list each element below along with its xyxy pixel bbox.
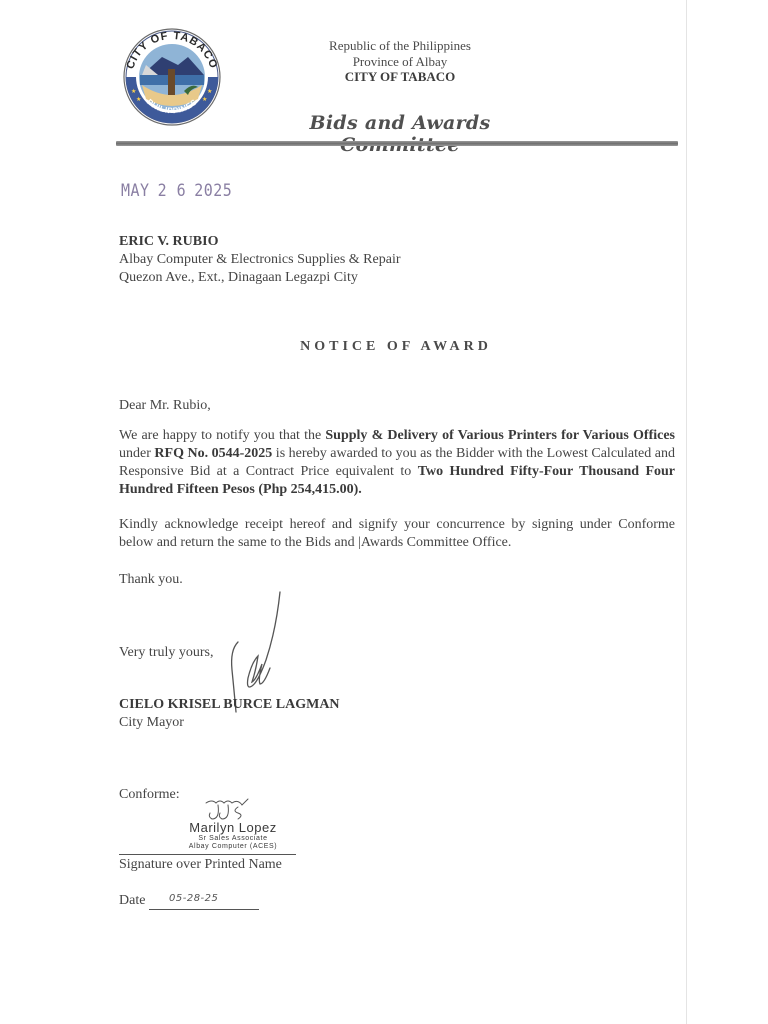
header-rule — [116, 141, 678, 146]
award-text-1: We are happy to notify you that the — [119, 428, 325, 443]
stamp-month: MAY — [121, 180, 150, 201]
document-title: NOTICE OF AWARD — [0, 339, 768, 355]
project-name: Supply & Delivery of Various Printers fo… — [325, 428, 675, 443]
conforme-company: Albay Computer (ACES) — [168, 843, 298, 851]
addressee-name: ERIC V. RUBIO — [119, 233, 401, 251]
award-text-2: under — [119, 446, 154, 461]
salutation: Dear Mr. Rubio, — [119, 397, 675, 415]
acknowledge-paragraph: Kindly acknowledge receipt hereof and si… — [119, 516, 675, 552]
svg-text:★: ★ — [207, 88, 212, 95]
signatory-block: CIELO KRISEL BURCE LAGMAN City Mayor — [119, 696, 340, 732]
addressee-block: ERIC V. RUBIO Albay Computer & Electroni… — [119, 233, 401, 287]
date-field: 05-28-25 — [149, 894, 259, 910]
addressee-address: Quezon Ave., Ext., Dinagaan Legazpi City — [119, 269, 401, 287]
conforme-label: Conforme: — [119, 787, 180, 803]
letterhead-text: Republic of the Philippines Province of … — [290, 38, 510, 85]
letterhead-province: Province of Albay — [290, 54, 510, 70]
signature-line — [119, 854, 296, 855]
signature-caption: Signature over Printed Name — [119, 857, 282, 873]
thank-you: Thank you. — [119, 571, 675, 589]
date-value: 05-28-25 — [169, 893, 218, 904]
award-paragraph: We are happy to notify you that the Supp… — [119, 427, 675, 499]
stamp-year: 2025 — [194, 180, 232, 201]
conforme-name-stamp: Marilyn Lopez Sr Sales Associate Albay C… — [168, 821, 298, 851]
date-label: Date — [119, 893, 145, 909]
letterhead-republic: Republic of the Philippines — [290, 38, 510, 54]
city-seal-icon: CITY OF TABACO PHILIPPINES ★ ★ ★ ★ — [118, 27, 226, 127]
committee-name: Bids and Awards Committee — [262, 112, 538, 156]
received-date-stamp: MAY2 62025 — [121, 180, 240, 201]
closing: Very truly yours, — [119, 644, 675, 662]
svg-text:★: ★ — [202, 96, 207, 103]
rfq-number: RFQ No. 0544-2025 — [154, 446, 272, 461]
conforme-name: Marilyn Lopez — [168, 821, 298, 835]
svg-text:★: ★ — [136, 96, 141, 103]
signatory-name: CIELO KRISEL BURCE LAGMAN — [119, 696, 340, 714]
page-edge — [686, 0, 687, 1024]
svg-text:★: ★ — [131, 88, 136, 95]
stamp-day: 2 6 — [158, 180, 187, 201]
letterhead-city: CITY OF TABACO — [290, 69, 510, 85]
conforme-role: Sr Sales Associate — [168, 835, 298, 843]
addressee-company: Albay Computer & Electronics Supplies & … — [119, 251, 401, 269]
signatory-position: City Mayor — [119, 714, 340, 732]
